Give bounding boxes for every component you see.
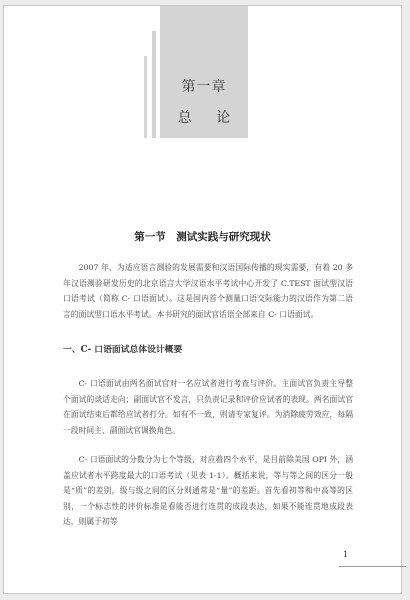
decorative-bar <box>144 56 147 138</box>
paragraph-score-levels: C- 口语面试的分数分为七个等级，对应着四个水平，是目前除美国 OPI 外，涵盖… <box>63 452 353 530</box>
paragraph-intro: 2007 年，为适应语言测验的发展需要和汉语国际传播的现实需要，有着 20 多年… <box>63 260 353 322</box>
chapter-title: 总 论 <box>160 107 248 127</box>
subheading: 一、C- 口语面试总体设计概要 <box>63 342 182 355</box>
decorative-bar <box>152 31 156 138</box>
section-title: 第一节 测试实践与研究现状 <box>4 229 401 244</box>
paragraph-interview-design: C- 口语面试由两名面试官对一名应试者进行考查与评价。主面试官负责主导整个面试的… <box>63 376 353 438</box>
page-number: 1 <box>343 550 348 559</box>
footer-rule <box>339 566 406 567</box>
chapter-number: 第一章 <box>160 76 248 96</box>
document-page: 第一章 总 论 第一节 测试实践与研究现状 2007 年，为适应语言测验的发展需… <box>3 5 402 594</box>
chapter-header-block: 第一章 总 论 <box>160 6 248 138</box>
